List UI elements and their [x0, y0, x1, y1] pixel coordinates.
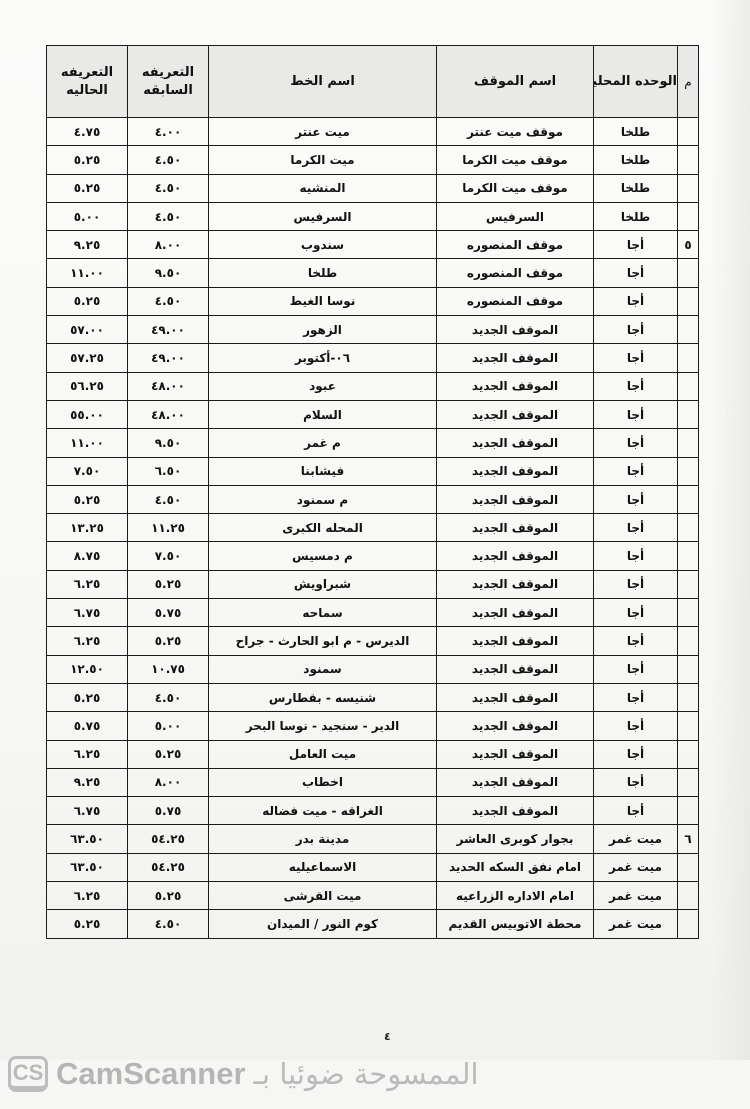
header-line-name: اسم الخط [209, 46, 437, 118]
row-local-unit: أجا [594, 514, 678, 542]
row-index [678, 910, 699, 938]
header-index: م [678, 46, 699, 118]
row-station-name: الموقف الجديد [437, 485, 594, 513]
row-station-name: الموقف الجديد [437, 400, 594, 428]
row-previous-fare: ٤.٥٠ [128, 146, 209, 174]
row-previous-fare: ٤٨.٠٠ [128, 372, 209, 400]
row-index [678, 400, 699, 428]
row-current-fare: ٦.٢٥ [47, 740, 128, 768]
row-current-fare: ١٣.٢٥ [47, 514, 128, 542]
row-local-unit: أجا [594, 457, 678, 485]
row-local-unit: أجا [594, 627, 678, 655]
table-row: أجاالموقف الجديدفيشابنا٦.٥٠٧.٥٠ [47, 457, 699, 485]
row-line-name: سندوب [209, 231, 437, 259]
table-row: أجاالموقف الجديدشنيسه - بقطارس٤.٥٠٥.٢٥ [47, 683, 699, 711]
row-previous-fare: ٤.٥٠ [128, 174, 209, 202]
row-previous-fare: ٨.٠٠ [128, 768, 209, 796]
row-current-fare: ٥.٠٠ [47, 202, 128, 230]
row-local-unit: أجا [594, 231, 678, 259]
table-row: طلخاموقف ميت الكرماميت الكرما٤.٥٠٥.٢٥ [47, 146, 699, 174]
row-current-fare: ٥.٢٥ [47, 146, 128, 174]
row-current-fare: ٥.٢٥ [47, 287, 128, 315]
row-previous-fare: ٥.٧٥ [128, 599, 209, 627]
row-current-fare: ٤.٧٥ [47, 118, 128, 146]
row-index: ٦ [678, 825, 699, 853]
row-line-name: ٠٦-أكتوبر [209, 344, 437, 372]
row-previous-fare: ٩.٥٠ [128, 429, 209, 457]
row-station-name: الموقف الجديد [437, 599, 594, 627]
row-local-unit: أجا [594, 655, 678, 683]
row-station-name: الموقف الجديد [437, 344, 594, 372]
row-previous-fare: ٥.٠٠ [128, 712, 209, 740]
row-index [678, 146, 699, 174]
row-station-name: موقف المنصوره [437, 259, 594, 287]
row-index [678, 599, 699, 627]
row-local-unit: أجا [594, 400, 678, 428]
row-current-fare: ٥٧.٢٥ [47, 344, 128, 372]
row-local-unit: أجا [594, 429, 678, 457]
row-station-name: الموقف الجديد [437, 740, 594, 768]
row-line-name: ميت عنتر [209, 118, 437, 146]
row-index: ٥ [678, 231, 699, 259]
row-station-name: الموقف الجديد [437, 712, 594, 740]
row-current-fare: ٥٧.٠٠ [47, 316, 128, 344]
row-local-unit: أجا [594, 344, 678, 372]
row-previous-fare: ٥٤.٢٥ [128, 853, 209, 881]
row-station-name: الموقف الجديد [437, 627, 594, 655]
table-row: أجاالموقف الجديدم غمر٩.٥٠١١.٠٠ [47, 429, 699, 457]
row-station-name: محطة الاتوبيس القديم [437, 910, 594, 938]
row-current-fare: ٧.٥٠ [47, 457, 128, 485]
row-local-unit: طلخا [594, 118, 678, 146]
row-index [678, 655, 699, 683]
row-line-name: الديرس - م ابو الحارث - جراح [209, 627, 437, 655]
table-row: ٦ميت غمربجوار كوبرى العاشرمدينة بدر٥٤.٢٥… [47, 825, 699, 853]
row-current-fare: ٦.٧٥ [47, 797, 128, 825]
row-previous-fare: ٥٤.٢٥ [128, 825, 209, 853]
row-local-unit: أجا [594, 316, 678, 344]
fare-table: م الوحده المحليه اسم الموقف اسم الخط الت… [46, 45, 699, 939]
row-station-name: الموقف الجديد [437, 683, 594, 711]
table-row: أجاالموقف الجديدسمنود١٠.٧٥١٢.٥٠ [47, 655, 699, 683]
row-index [678, 797, 699, 825]
row-current-fare: ٥.٢٥ [47, 174, 128, 202]
row-station-name: الموقف الجديد [437, 655, 594, 683]
row-line-name: ميت القرشى [209, 882, 437, 910]
row-current-fare: ٦.٧٥ [47, 599, 128, 627]
row-index [678, 202, 699, 230]
row-station-name: امام نفق السكه الحديد [437, 853, 594, 881]
row-line-name: عبود [209, 372, 437, 400]
row-local-unit: أجا [594, 768, 678, 796]
row-index [678, 570, 699, 598]
row-line-name: الدير - سنجيد - نوسا البحر [209, 712, 437, 740]
row-station-name: الموقف الجديد [437, 316, 594, 344]
camscanner-watermark: CS CamScanner الممسوحة ضوئيا بـ [8, 1056, 479, 1092]
row-line-name: كوم النور / الميدان [209, 910, 437, 938]
row-line-name: الاسماعيليه [209, 853, 437, 881]
row-previous-fare: ٤.٥٠ [128, 683, 209, 711]
table-row: أجاالموقف الجديدميت العامل٥.٢٥٦.٢٥ [47, 740, 699, 768]
table-row: طلخاموقف ميت الكرماالمنشيه٤.٥٠٥.٢٥ [47, 174, 699, 202]
row-line-name: م سمنود [209, 485, 437, 513]
row-local-unit: أجا [594, 683, 678, 711]
row-line-name: ميت العامل [209, 740, 437, 768]
row-index [678, 118, 699, 146]
row-local-unit: طلخا [594, 202, 678, 230]
row-previous-fare: ٧.٥٠ [128, 542, 209, 570]
row-line-name: م غمر [209, 429, 437, 457]
row-index [678, 740, 699, 768]
row-local-unit: أجا [594, 570, 678, 598]
table-row: أجاالموقف الجديدالغراقه - ميت فضاله٥.٧٥٦… [47, 797, 699, 825]
row-line-name: م دمسيس [209, 542, 437, 570]
row-previous-fare: ٥.٢٥ [128, 740, 209, 768]
row-previous-fare: ٤٩.٠٠ [128, 344, 209, 372]
row-station-name: الموقف الجديد [437, 797, 594, 825]
table-row: أجاالموقف الجديدالزهور٤٩.٠٠٥٧.٠٠ [47, 316, 699, 344]
row-station-name: بجوار كوبرى العاشر [437, 825, 594, 853]
row-local-unit: طلخا [594, 146, 678, 174]
row-local-unit: ميت غمر [594, 825, 678, 853]
row-current-fare: ٦٣.٥٠ [47, 853, 128, 881]
page-edge-shadow [710, 0, 750, 1060]
row-previous-fare: ٤.٥٠ [128, 910, 209, 938]
row-line-name: الزهور [209, 316, 437, 344]
table-row: أجاالموقف الجديدعبود٤٨.٠٠٥٦.٢٥ [47, 372, 699, 400]
row-current-fare: ١١.٠٠ [47, 429, 128, 457]
row-line-name: الغراقه - ميت فضاله [209, 797, 437, 825]
row-index [678, 174, 699, 202]
row-index [678, 429, 699, 457]
row-station-name: موقف ميت عنتر [437, 118, 594, 146]
header-previous-fare: التعريفه السابقه [128, 46, 209, 118]
row-current-fare: ٦.٢٥ [47, 627, 128, 655]
row-current-fare: ٥.٢٥ [47, 485, 128, 513]
row-local-unit: طلخا [594, 174, 678, 202]
row-current-fare: ١١.٠٠ [47, 259, 128, 287]
row-station-name: الموقف الجديد [437, 570, 594, 598]
row-line-name: شبراويش [209, 570, 437, 598]
row-station-name: موقف المنصوره [437, 231, 594, 259]
watermark-arabic-text: الممسوحة ضوئيا بـ [254, 1057, 479, 1091]
table-row: طلخاموقف ميت عنترميت عنتر٤.٠٠٤.٧٥ [47, 118, 699, 146]
table-row: ميت غمرمحطة الاتوبيس القديمكوم النور / ا… [47, 910, 699, 938]
row-index [678, 542, 699, 570]
row-index [678, 627, 699, 655]
row-line-name: نوسا الغيط [209, 287, 437, 315]
row-previous-fare: ١١.٢٥ [128, 514, 209, 542]
row-line-name: السلام [209, 400, 437, 428]
table-row: أجاالموقف الجديدشبراويش٥.٢٥٦.٢٥ [47, 570, 699, 598]
row-current-fare: ٥.٢٥ [47, 683, 128, 711]
row-line-name: المحله الكبرى [209, 514, 437, 542]
row-current-fare: ٥٦.٢٥ [47, 372, 128, 400]
table-row: أجاالموقف الجديد٠٦-أكتوبر٤٩.٠٠٥٧.٢٥ [47, 344, 699, 372]
row-station-name: موقف ميت الكرما [437, 146, 594, 174]
page-number: ٤ [384, 1030, 391, 1043]
row-previous-fare: ٨.٠٠ [128, 231, 209, 259]
row-current-fare: ٦.٢٥ [47, 882, 128, 910]
row-index [678, 683, 699, 711]
header-station-name: اسم الموقف [437, 46, 594, 118]
table-row: أجاالموقف الجديدالدير - سنجيد - نوسا الب… [47, 712, 699, 740]
row-previous-fare: ٥.٢٥ [128, 882, 209, 910]
row-previous-fare: ٤.٥٠ [128, 202, 209, 230]
row-local-unit: أجا [594, 372, 678, 400]
row-index [678, 882, 699, 910]
row-previous-fare: ٤.٥٠ [128, 287, 209, 315]
row-index [678, 287, 699, 315]
row-current-fare: ٥٥.٠٠ [47, 400, 128, 428]
row-current-fare: ٥.٧٥ [47, 712, 128, 740]
row-index [678, 259, 699, 287]
row-line-name: اخطاب [209, 768, 437, 796]
row-current-fare: ٨.٧٥ [47, 542, 128, 570]
row-line-name: شنيسه - بقطارس [209, 683, 437, 711]
row-local-unit: أجا [594, 542, 678, 570]
row-previous-fare: ٥.٧٥ [128, 797, 209, 825]
row-line-name: طلخا [209, 259, 437, 287]
table-row: ميت غمرامام نفق السكه الحديدالاسماعيليه٥… [47, 853, 699, 881]
row-line-name: سمنود [209, 655, 437, 683]
row-index [678, 316, 699, 344]
row-current-fare: ٩.٢٥ [47, 231, 128, 259]
row-previous-fare: ٦.٥٠ [128, 457, 209, 485]
row-local-unit: أجا [594, 287, 678, 315]
watermark-brand: CamScanner [56, 1056, 246, 1092]
row-previous-fare: ٥.٢٥ [128, 570, 209, 598]
row-station-name: الموقف الجديد [437, 514, 594, 542]
header-current-fare: التعريفه الحاليه [47, 46, 128, 118]
row-index [678, 514, 699, 542]
row-local-unit: ميت غمر [594, 853, 678, 881]
row-line-name: مدينة بدر [209, 825, 437, 853]
row-current-fare: ٩.٢٥ [47, 768, 128, 796]
row-station-name: موقف ميت الكرما [437, 174, 594, 202]
row-station-name: السرفيس [437, 202, 594, 230]
row-index [678, 344, 699, 372]
row-line-name: السرفيس [209, 202, 437, 230]
row-current-fare: ٦٣.٥٠ [47, 825, 128, 853]
table-row: أجاالموقف الجديدم سمنود٤.٥٠٥.٢٥ [47, 485, 699, 513]
table-row: أجاالموقف الجديدم دمسيس٧.٥٠٨.٧٥ [47, 542, 699, 570]
row-station-name: الموقف الجديد [437, 768, 594, 796]
table-body: طلخاموقف ميت عنترميت عنتر٤.٠٠٤.٧٥طلخاموق… [47, 118, 699, 939]
row-index [678, 768, 699, 796]
row-station-name: موقف المنصوره [437, 287, 594, 315]
row-station-name: امام الاداره الزراعيه [437, 882, 594, 910]
row-line-name: المنشيه [209, 174, 437, 202]
row-index [678, 712, 699, 740]
row-station-name: الموقف الجديد [437, 429, 594, 457]
row-line-name: سماحه [209, 599, 437, 627]
row-previous-fare: ٤٨.٠٠ [128, 400, 209, 428]
row-current-fare: ٥.٢٥ [47, 910, 128, 938]
table-row: أجاالموقف الجديدالديرس - م ابو الحارث - … [47, 627, 699, 655]
row-local-unit: أجا [594, 797, 678, 825]
row-previous-fare: ١٠.٧٥ [128, 655, 209, 683]
row-previous-fare: ٥.٢٥ [128, 627, 209, 655]
header-local-unit: الوحده المحليه [594, 46, 678, 118]
table-row: أجاالموقف الجديداخطاب٨.٠٠٩.٢٥ [47, 768, 699, 796]
table-row: أجاالموقف الجديدالمحله الكبرى١١.٢٥١٣.٢٥ [47, 514, 699, 542]
table-row: أجاالموقف الجديدالسلام٤٨.٠٠٥٥.٠٠ [47, 400, 699, 428]
row-previous-fare: ٤.٠٠ [128, 118, 209, 146]
row-previous-fare: ٤٩.٠٠ [128, 316, 209, 344]
row-local-unit: أجا [594, 740, 678, 768]
row-line-name: فيشابنا [209, 457, 437, 485]
row-local-unit: أجا [594, 485, 678, 513]
row-index [678, 853, 699, 881]
table-row: أجاالموقف الجديدسماحه٥.٧٥٦.٧٥ [47, 599, 699, 627]
row-local-unit: أجا [594, 599, 678, 627]
row-index [678, 457, 699, 485]
table-row: أجاموقف المنصورهنوسا الغيط٤.٥٠٥.٢٥ [47, 287, 699, 315]
row-station-name: الموقف الجديد [437, 542, 594, 570]
table-row: ٥أجاموقف المنصورهسندوب٨.٠٠٩.٢٥ [47, 231, 699, 259]
table-row: طلخاالسرفيسالسرفيس٤.٥٠٥.٠٠ [47, 202, 699, 230]
table-header-row: م الوحده المحليه اسم الموقف اسم الخط الت… [47, 46, 699, 118]
row-previous-fare: ٤.٥٠ [128, 485, 209, 513]
row-current-fare: ٦.٢٥ [47, 570, 128, 598]
row-local-unit: أجا [594, 259, 678, 287]
table-row: أجاموقف المنصورهطلخا٩.٥٠١١.٠٠ [47, 259, 699, 287]
row-local-unit: أجا [594, 712, 678, 740]
row-station-name: الموقف الجديد [437, 457, 594, 485]
row-local-unit: ميت غمر [594, 910, 678, 938]
table-row: ميت غمرامام الاداره الزراعيهميت القرشى٥.… [47, 882, 699, 910]
camscanner-logo-icon: CS [8, 1056, 48, 1092]
row-station-name: الموقف الجديد [437, 372, 594, 400]
row-index [678, 372, 699, 400]
row-index [678, 485, 699, 513]
row-local-unit: ميت غمر [594, 882, 678, 910]
row-previous-fare: ٩.٥٠ [128, 259, 209, 287]
row-current-fare: ١٢.٥٠ [47, 655, 128, 683]
row-line-name: ميت الكرما [209, 146, 437, 174]
